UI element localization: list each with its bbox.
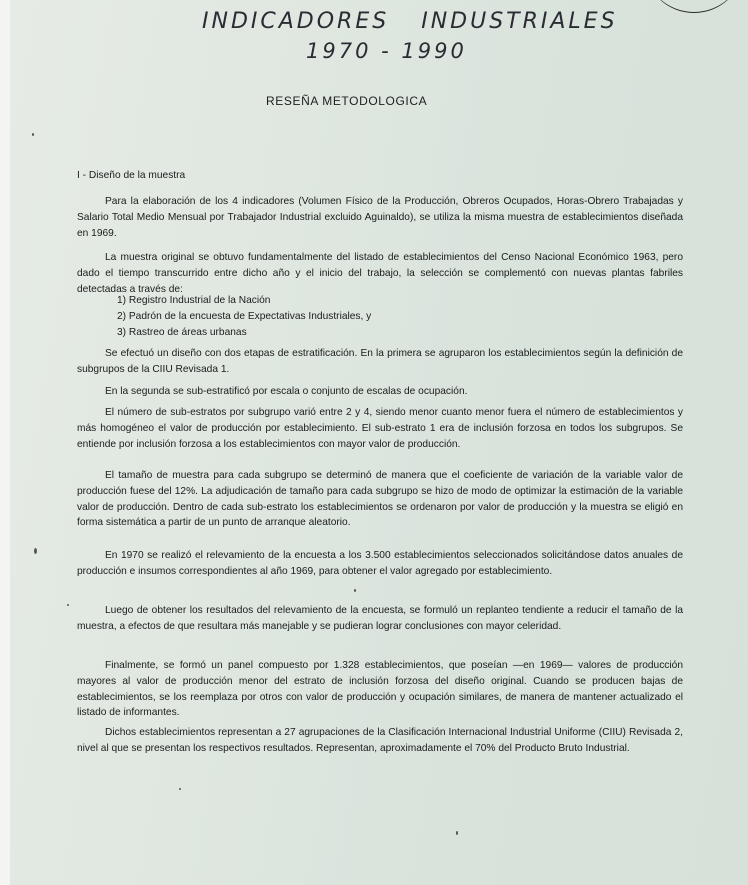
paragraph-2: La muestra original se obtuvo fundamenta… bbox=[77, 250, 683, 297]
document-heading: RESEÑA METODOLOGICA bbox=[266, 94, 427, 108]
scan-speck bbox=[179, 788, 181, 790]
handwritten-title-word-2: INDUSTRIALES bbox=[421, 9, 617, 34]
paragraph-7: En 1970 se realizó el relevamiento de la… bbox=[77, 548, 683, 580]
handwritten-title-years: 1970 - 1990 bbox=[306, 39, 467, 63]
scan-margin bbox=[0, 0, 10, 885]
scan-speck bbox=[456, 831, 458, 835]
paragraph-1: Para la elaboración de los 4 indicadores… bbox=[77, 194, 683, 241]
paragraph-8: Luego de obtener los resultados del rele… bbox=[77, 603, 683, 635]
handwritten-title-word-1: INDICADORES bbox=[202, 9, 389, 34]
handwritten-title-line-1: INDICADORESINDUSTRIALES bbox=[202, 9, 618, 34]
list-item-3: 3) Rastreo de áreas urbanas bbox=[117, 327, 247, 338]
scan-speck bbox=[34, 548, 37, 554]
scan-speck bbox=[354, 589, 356, 592]
section-title: I - Diseño de la muestra bbox=[77, 170, 185, 181]
paragraph-9: Finalmente, se formó un panel compuesto … bbox=[77, 658, 683, 721]
list-item-2: 2) Padrón de la encuesta de Expectativas… bbox=[117, 311, 371, 322]
list-item-1: 1) Registro Industrial de la Nación bbox=[117, 295, 270, 306]
section-label: Diseño de la muestra bbox=[89, 170, 185, 181]
paragraph-4: En la segunda se sub-estratificó por esc… bbox=[77, 384, 683, 400]
paragraph-10: Dichos establecimientos representan a 27… bbox=[77, 725, 683, 757]
scanned-page: INDICADORESINDUSTRIALES 1970 - 1990 RESE… bbox=[10, 0, 748, 885]
paragraph-5: El número de sub-estratos por subgrupo v… bbox=[77, 405, 683, 452]
section-number: I - bbox=[77, 170, 86, 181]
paragraph-6: El tamaño de muestra para cada subgrupo … bbox=[77, 468, 683, 531]
scan-speck bbox=[32, 133, 34, 136]
stamp-mark bbox=[644, 0, 744, 13]
paragraph-3: Se efectuó un diseño con dos etapas de e… bbox=[77, 346, 683, 378]
scan-speck bbox=[67, 604, 69, 606]
